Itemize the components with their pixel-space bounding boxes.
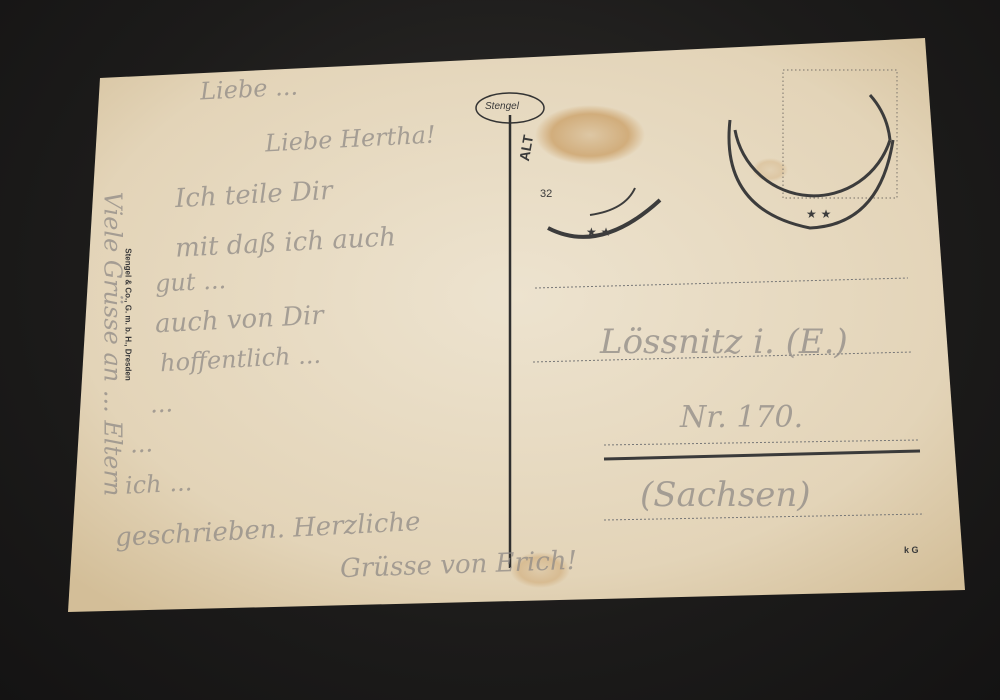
- address-line-2: Lössnitz i. (E.): [600, 322, 848, 362]
- postcard: ★ ★ ★ ★ Stengel ALT 32 Stengel & Co., G.…: [0, 0, 1000, 700]
- address-line-3: Nr. 170.: [680, 400, 803, 435]
- message-line: gut ...: [154, 266, 226, 298]
- postmark-number: 32: [540, 188, 552, 200]
- corner-code: k G: [904, 545, 919, 555]
- svg-text:★ ★: ★ ★: [586, 225, 611, 239]
- message-margin: Viele Grüsse an ... Eltern: [98, 192, 126, 497]
- svg-text:★ ★: ★ ★: [806, 207, 831, 221]
- message-line: ...: [149, 389, 173, 418]
- publisher-mark: Stengel: [485, 101, 519, 112]
- message-line: ich ...: [124, 468, 192, 499]
- address-line-4: (Sachsen): [640, 475, 811, 515]
- message-line: ...: [129, 429, 153, 458]
- message-line: Liebe ...: [199, 72, 298, 105]
